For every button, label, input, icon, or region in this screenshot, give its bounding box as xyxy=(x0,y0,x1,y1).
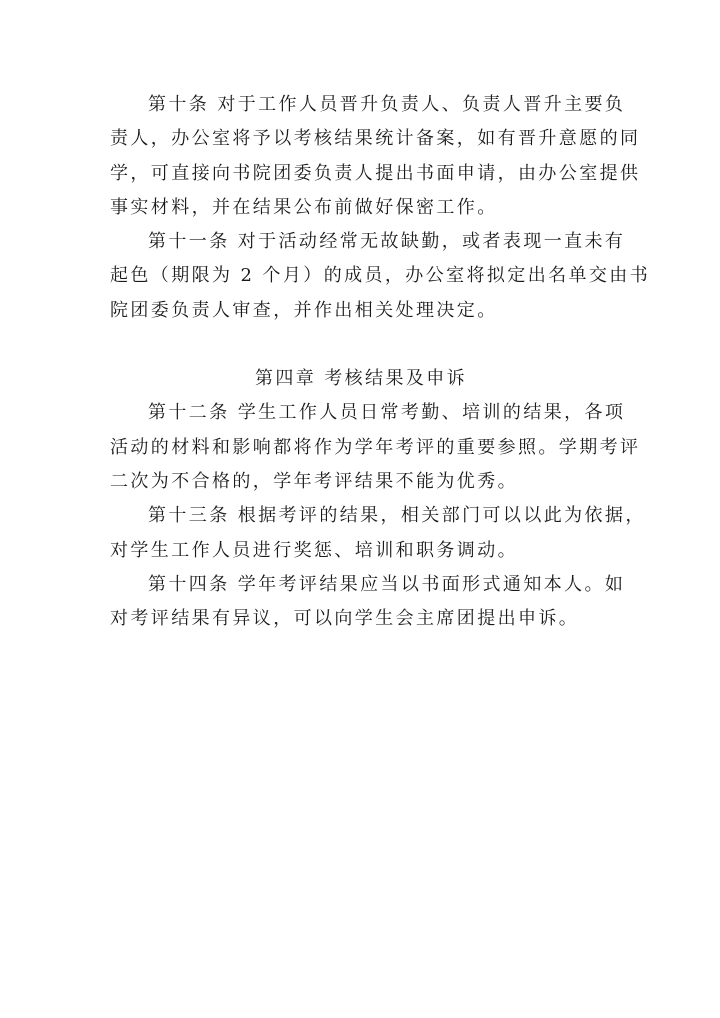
text-line: 活动的材料和影响都将作为学年考评的重要参照。学期考评 xyxy=(110,431,612,465)
text-line: 起色（期限为 2 个月）的成员，办公室将拟定出名单交由书 xyxy=(110,259,612,293)
text-line: 二次为不合格的，学年考评结果不能为优秀。 xyxy=(110,465,612,499)
article-10: 第十条 对于工作人员晋升负责人、负责人晋升主要负 责人，办公室将予以考核结果统计… xyxy=(110,88,612,225)
article-11: 第十一条 对于活动经常无故缺勤，或者表现一直未有 起色（期限为 2 个月）的成员… xyxy=(110,225,612,328)
text-line: 责人，办公室将予以考核结果统计备案，如有晋升意愿的同 xyxy=(110,122,612,156)
text-line: 学，可直接向书院团委负责人提出书面申请，由办公室提供 xyxy=(110,157,612,191)
article-14: 第十四条 学年考评结果应当以书面形式通知本人。如 对考评结果有异议，可以向学生会… xyxy=(110,568,612,637)
text-line: 第十二条 学生工作人员日常考勤、培训的结果，各项 xyxy=(110,396,612,430)
document-body: 第十条 对于工作人员晋升负责人、负责人晋升主要负 责人，办公室将予以考核结果统计… xyxy=(110,88,612,636)
text-line: 第十三条 根据考评的结果，相关部门可以以此为依据， xyxy=(110,499,612,533)
chapter-heading: 第四章 考核结果及申诉 xyxy=(110,362,612,396)
text-line: 第十条 对于工作人员晋升负责人、负责人晋升主要负 xyxy=(110,88,612,122)
text-line: 院团委负责人审查，并作出相关处理决定。 xyxy=(110,294,612,328)
article-13: 第十三条 根据考评的结果，相关部门可以以此为依据， 对学生工作人员进行奖惩、培训… xyxy=(110,499,612,568)
text-line: 第十四条 学年考评结果应当以书面形式通知本人。如 xyxy=(110,568,612,602)
document-page: 第十条 对于工作人员晋升负责人、负责人晋升主要负 责人，办公室将予以考核结果统计… xyxy=(0,0,720,1018)
text-line: 第十一条 对于活动经常无故缺勤，或者表现一直未有 xyxy=(110,225,612,259)
article-12: 第十二条 学生工作人员日常考勤、培训的结果，各项 活动的材料和影响都将作为学年考… xyxy=(110,396,612,499)
text-line: 对学生工作人员进行奖惩、培训和职务调动。 xyxy=(110,534,612,568)
text-line: 对考评结果有异议，可以向学生会主席团提出申诉。 xyxy=(110,602,612,636)
text-line: 事实材料，并在结果公布前做好保密工作。 xyxy=(110,191,612,225)
